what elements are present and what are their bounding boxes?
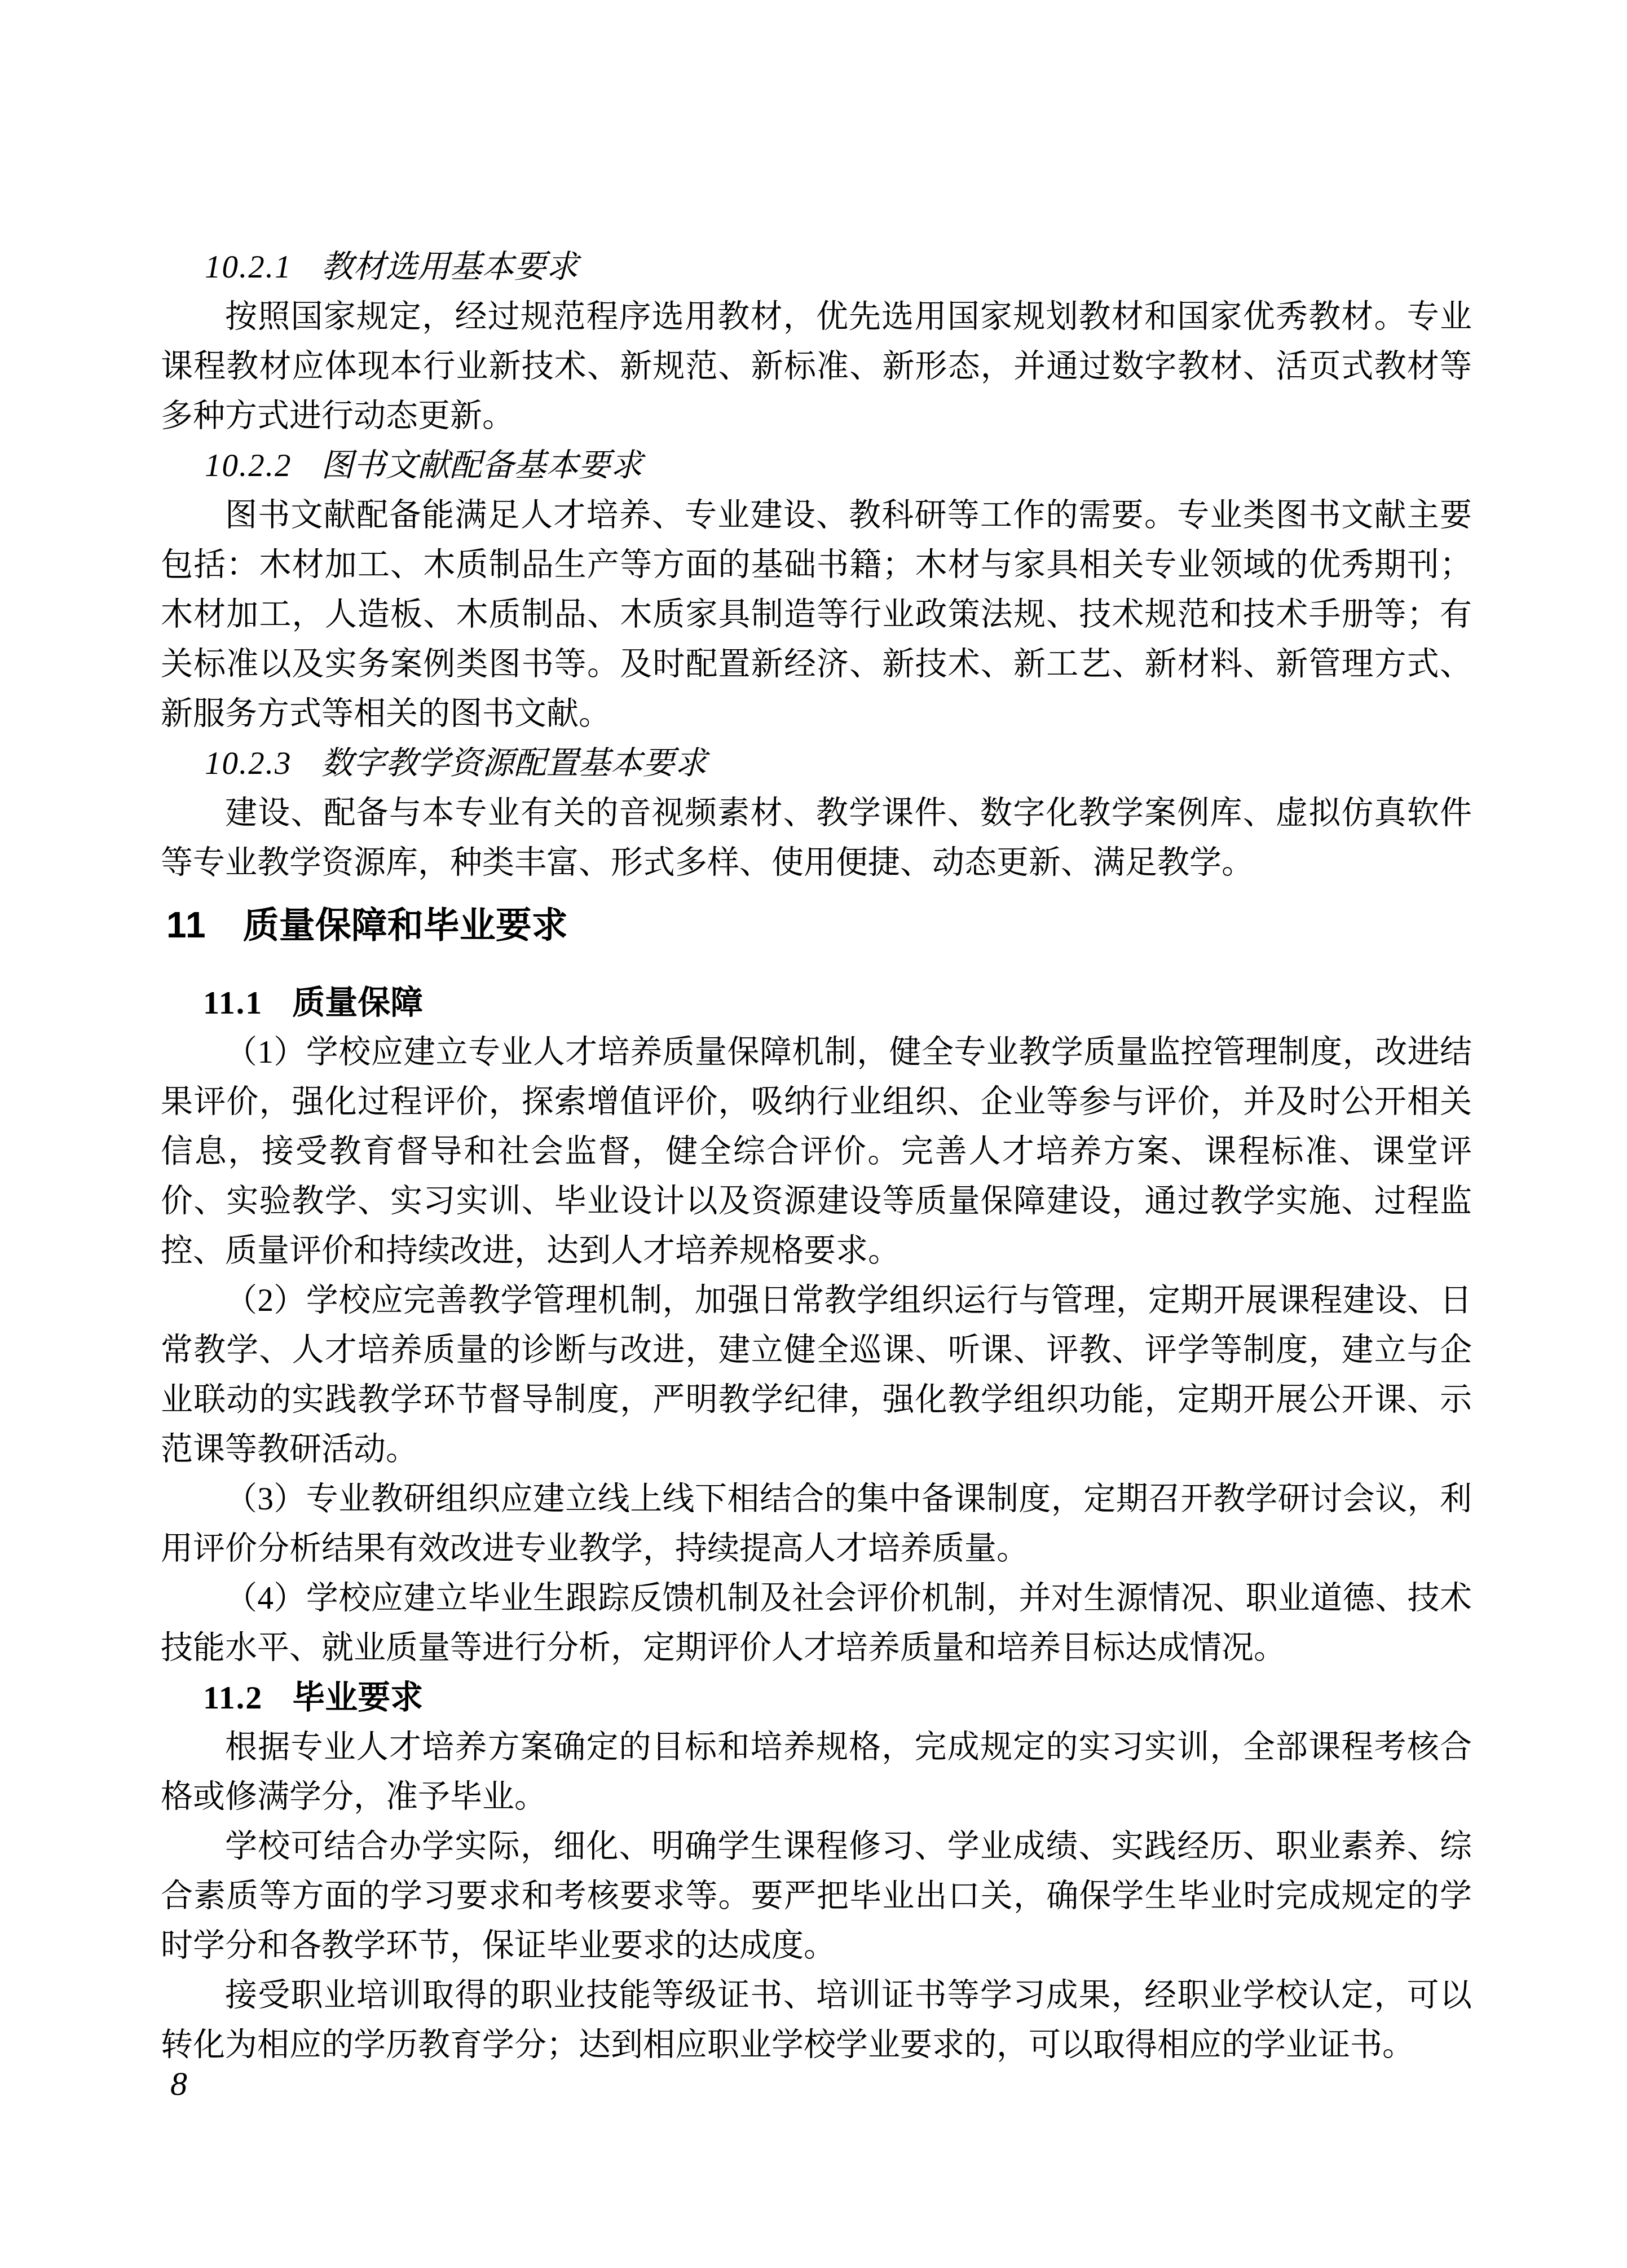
document-page: 10.2.1教材选用基本要求 按照国家规定，经过规范程序选用教材，优先选用国家规…: [0, 0, 1627, 2268]
heading-11-1-title: 质量保障: [292, 984, 423, 1021]
heading-11-2-number: 11.2: [203, 1679, 263, 1716]
heading-10-2-2-title: 图书文献配备基本要求: [321, 448, 643, 483]
heading-chapter-11-number: 11: [166, 905, 207, 945]
heading-10-2-1: 10.2.1教材选用基本要求: [161, 243, 1472, 292]
page-number: 8: [170, 2059, 187, 2108]
heading-11-1-number: 11.1: [203, 984, 263, 1021]
paragraph-graduation-1: 根据专业人才培养方案确定的目标和培养规格，完成规定的实习实训，全部课程考核合格或…: [161, 1723, 1472, 1822]
heading-10-2-2-number: 10.2.2: [205, 448, 292, 483]
heading-10-2-3: 10.2.3数字教学资源配置基本要求: [161, 739, 1472, 789]
heading-chapter-11-title: 质量保障和毕业要求: [243, 905, 568, 945]
paragraph-graduation-2: 学校可结合办学实际，细化、明确学生课程修习、学业成绩、实践经历、职业素养、综合素…: [161, 1822, 1472, 1971]
heading-10-2-2: 10.2.2图书文献配备基本要求: [161, 441, 1472, 491]
heading-11-1: 11.1质量保障: [161, 978, 1472, 1028]
paragraph-graduation-3: 接受职业培训取得的职业技能等级证书、培训证书等学习成果，经职业学校认定，可以转化…: [161, 1971, 1472, 2070]
paragraph-quality-item-4: （4）学校应建立毕业生跟踪反馈机制及社会评价机制，并对生源情况、职业道德、技术技…: [161, 1574, 1472, 1673]
heading-10-2-3-number: 10.2.3: [205, 746, 292, 781]
paragraph-quality-item-3: （3）专业教研组织应建立线上线下相结合的集中备课制度，定期召开教学研讨会议，利用…: [161, 1474, 1472, 1574]
paragraph-quality-item-2: （2）学校应完善教学管理机制，加强日常教学组织运行与管理，定期开展课程建设、日常…: [161, 1276, 1472, 1474]
heading-10-2-3-title: 数字教学资源配置基本要求: [321, 746, 707, 781]
paragraph-textbook-selection: 按照国家规定，经过规范程序选用教材，优先选用国家规划教材和国家优秀教材。专业课程…: [161, 292, 1472, 441]
heading-10-2-1-number: 10.2.1: [205, 249, 292, 285]
heading-chapter-11: 11质量保障和毕业要求: [161, 897, 1472, 953]
text-block: 10.2.1教材选用基本要求 按照国家规定，经过规范程序选用教材，优先选用国家规…: [161, 243, 1472, 2070]
heading-11-2-title: 毕业要求: [292, 1679, 423, 1716]
heading-10-2-1-title: 教材选用基本要求: [321, 249, 579, 285]
paragraph-digital-resources: 建设、配备与本专业有关的音视频素材、教学课件、数字化教学案例库、虚拟仿真软件等专…: [161, 789, 1472, 888]
paragraph-quality-item-1: （1）学校应建立专业人才培养质量保障机制，健全专业教学质量监控管理制度，改进结果…: [161, 1028, 1472, 1276]
heading-11-2: 11.2毕业要求: [161, 1673, 1472, 1723]
paragraph-library-resources: 图书文献配备能满足人才培养、专业建设、教科研等工作的需要。专业类图书文献主要包括…: [161, 491, 1472, 739]
